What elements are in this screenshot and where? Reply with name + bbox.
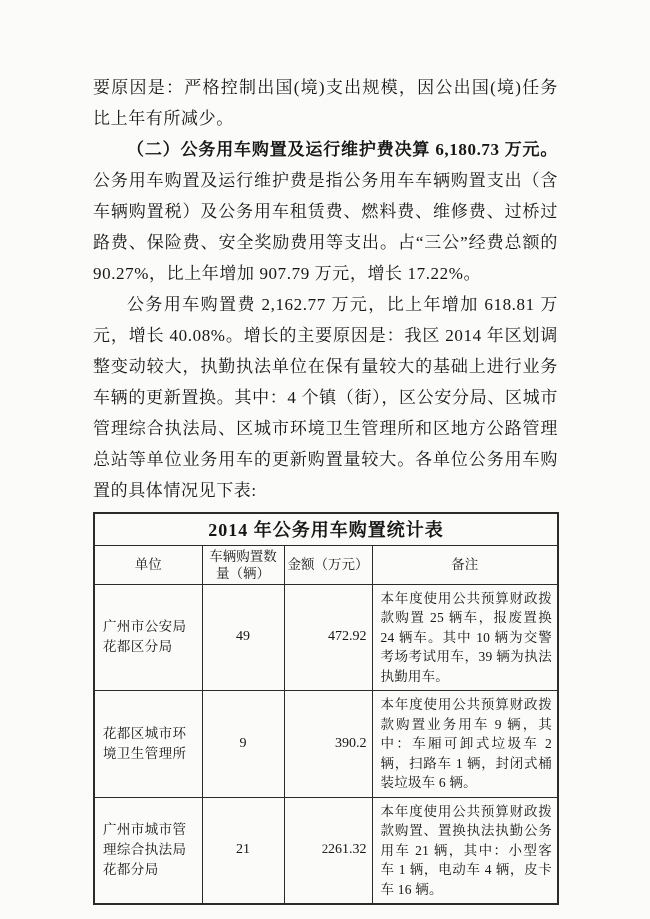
section-2-body-text: 公务用车购置及运行维护费是指公务用车车辆购置支出（含车辆购置税）及公务用车租赁费…	[93, 171, 558, 283]
col-header-note: 备注	[372, 545, 558, 584]
row-note: 本年度使用公共预算财政拨款购置 25 辆车，报废置换 24 辆车。其中 10 辆…	[372, 584, 558, 691]
row-count: 9	[202, 691, 284, 798]
scanned-document-page: 要原因是：严格控制出国(境)支出规模，因公出国(境)任务比上年有所减少。 （二）…	[0, 0, 650, 919]
table-row: 广州市公安局花都区分局 49 472.92 本年度使用公共预算财政拨款购置 25…	[94, 584, 558, 691]
section-2-heading-bold: （二）公务用车购置及运行维护费决算 6,180.73 万元。	[127, 140, 558, 159]
col-header-unit: 单位	[94, 545, 202, 584]
body-paragraph-continuation: 要原因是：严格控制出国(境)支出规模，因公出国(境)任务比上年有所减少。	[93, 72, 558, 134]
page-number: 2	[0, 841, 650, 857]
row-amount: 390.2	[284, 691, 372, 798]
table-title-row: 2014 年公务用车购置统计表	[94, 513, 558, 545]
row-count: 49	[202, 584, 284, 691]
col-header-count: 车辆购置数量（辆）	[202, 545, 284, 584]
row-unit: 花都区城市环境卫生管理所	[94, 691, 202, 798]
row-unit: 广州市公安局花都区分局	[94, 584, 202, 691]
table-row: 花都区城市环境卫生管理所 9 390.2 本年度使用公共预算财政拨款购置业务用车…	[94, 691, 558, 798]
body-paragraph-purchase-detail: 公务用车购置费 2,162.77 万元，比上年增加 618.81 万元，增长 4…	[93, 289, 558, 506]
table-header-row: 单位 车辆购置数量（辆） 金额（万元） 备注	[94, 545, 558, 584]
row-note: 本年度使用公共预算财政拨款购置业务用车 9 辆，其中：车厢可卸式垃圾车 2 辆，…	[372, 691, 558, 798]
row-amount: 472.92	[284, 584, 372, 691]
body-paragraph-section-2: （二）公务用车购置及运行维护费决算 6,180.73 万元。公务用车购置及运行维…	[93, 134, 558, 289]
col-header-amount: 金额（万元）	[284, 545, 372, 584]
table-title: 2014 年公务用车购置统计表	[94, 513, 558, 545]
